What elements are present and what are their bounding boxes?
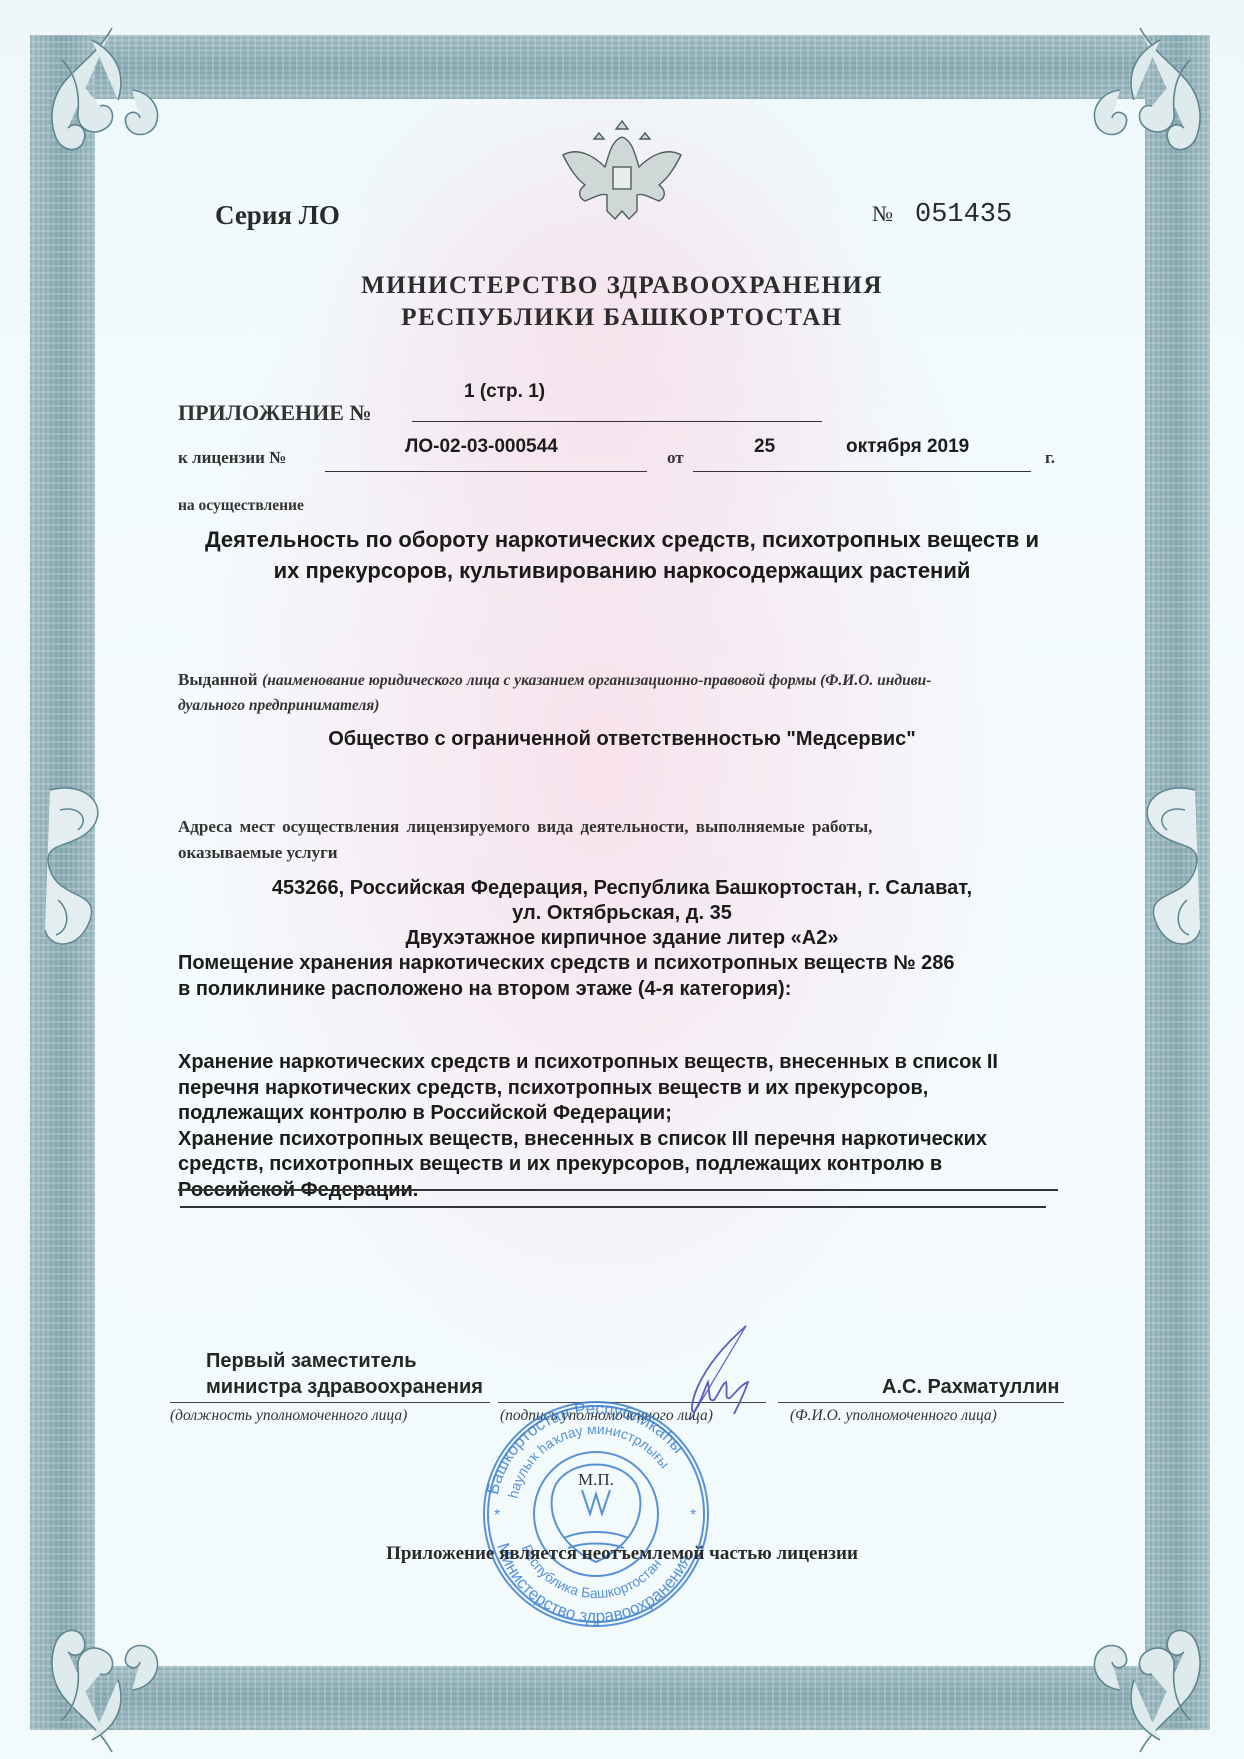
license-number: ЛО-02-03-000544 [405,436,558,458]
services-block: Хранение наркотических средств и психотр… [178,1050,1078,1203]
official-seal-icon: Башкортостан Республикаһы һаулыҡ һаҡлау … [472,1398,720,1630]
service-line: Хранение наркотических средств и психотр… [178,1050,1078,1076]
addresses-label-1: Адреса мест осуществления лицензируемого… [178,817,872,837]
issuer-line-2: РЕСПУБЛИКИ БАШКОРТОСТАН [0,304,1244,332]
address-line-3: Двухэтажное кирпичное здание литер «А2» [0,927,1244,950]
footer-note: Приложение является неотъемлемой частью … [0,1543,1244,1565]
appendix-underline [412,421,822,422]
signer-position-2: министра здравоохранения [206,1376,483,1399]
organization-name: Общество с ограниченной ответственностью… [0,728,1244,751]
license-day: 25 [754,436,775,458]
name-underline [778,1402,1064,1403]
license-label: к лицензии № [178,448,286,468]
appendix-value: 1 (стр. 1) [464,381,545,403]
corner-ornament-icon [1090,1620,1230,1759]
signer-name: А.С. Рахматуллин [882,1376,1059,1399]
coat-of-arms-icon [555,115,690,225]
address-line-2: ул. Октябрьская, д. 35 [0,902,1244,925]
frame-bottom [30,1666,1210,1730]
issued-to-note-1: (наименование юридического лица с указан… [262,672,931,689]
frame-top [30,35,1210,99]
license-month-year: октября 2019 [846,436,969,458]
license-year-suffix: г. [1045,448,1055,468]
room-line-2: в поликлинике расположено на втором этаж… [178,978,791,1001]
addresses-label-2: оказываемые услуги [178,843,338,863]
address-line-1: 453266, Российская Федерация, Республика… [0,877,1244,900]
seal-place-mark: М.П. [578,1470,614,1490]
license-number-underline [325,471,647,472]
series-label: Серия ЛО [215,200,340,231]
license-date-underline [693,471,1031,472]
activity-line-1: Деятельность по обороту наркотических ср… [22,524,1222,555]
activity-label: на осуществление [178,497,304,515]
services-end-line-1 [178,1189,1058,1191]
position-underline [170,1402,490,1403]
handwritten-signature-icon [650,1320,770,1420]
position-caption: (должность уполномоченного лица) [170,1407,407,1425]
issuer-line-1: МИНИСТЕРСТВО ЗДРАВООХРАНЕНИЯ [0,272,1244,300]
number-value: 051435 [915,200,1012,230]
number-sign: № [872,201,893,226]
corner-ornament-icon [22,20,162,160]
svg-text:*: * [690,1507,696,1524]
services-end-line-2 [180,1206,1046,1208]
license-from-label: от [667,448,684,468]
issued-to-label-row: Выданной (наименование юридического лица… [178,670,931,690]
service-line: подлежащих контролю в Российской Федерац… [178,1101,1078,1127]
service-line: Хранение психотропных веществ, внесенных… [178,1127,1078,1153]
form-number: №051435 [872,200,1012,230]
room-line-1: Помещение хранения наркотических средств… [178,952,955,975]
service-line: средств, психотропных веществ и их преку… [178,1152,1078,1178]
corner-ornament-icon [1090,20,1230,160]
svg-text:*: * [494,1507,500,1524]
service-line: перечня наркотических средств, психотроп… [178,1076,1078,1102]
corner-ornament-icon [22,1620,162,1759]
name-caption: (Ф.И.О. уполномоченного лица) [790,1407,997,1425]
appendix-label: ПРИЛОЖЕНИЕ № [178,400,372,426]
activity-line-2: их прекурсоров, культивированию наркосод… [22,555,1222,586]
signer-position-1: Первый заместитель [206,1350,417,1373]
issued-to-label: Выданной [178,670,258,689]
issued-to-note-2: дуального предпринимателя) [178,697,379,715]
